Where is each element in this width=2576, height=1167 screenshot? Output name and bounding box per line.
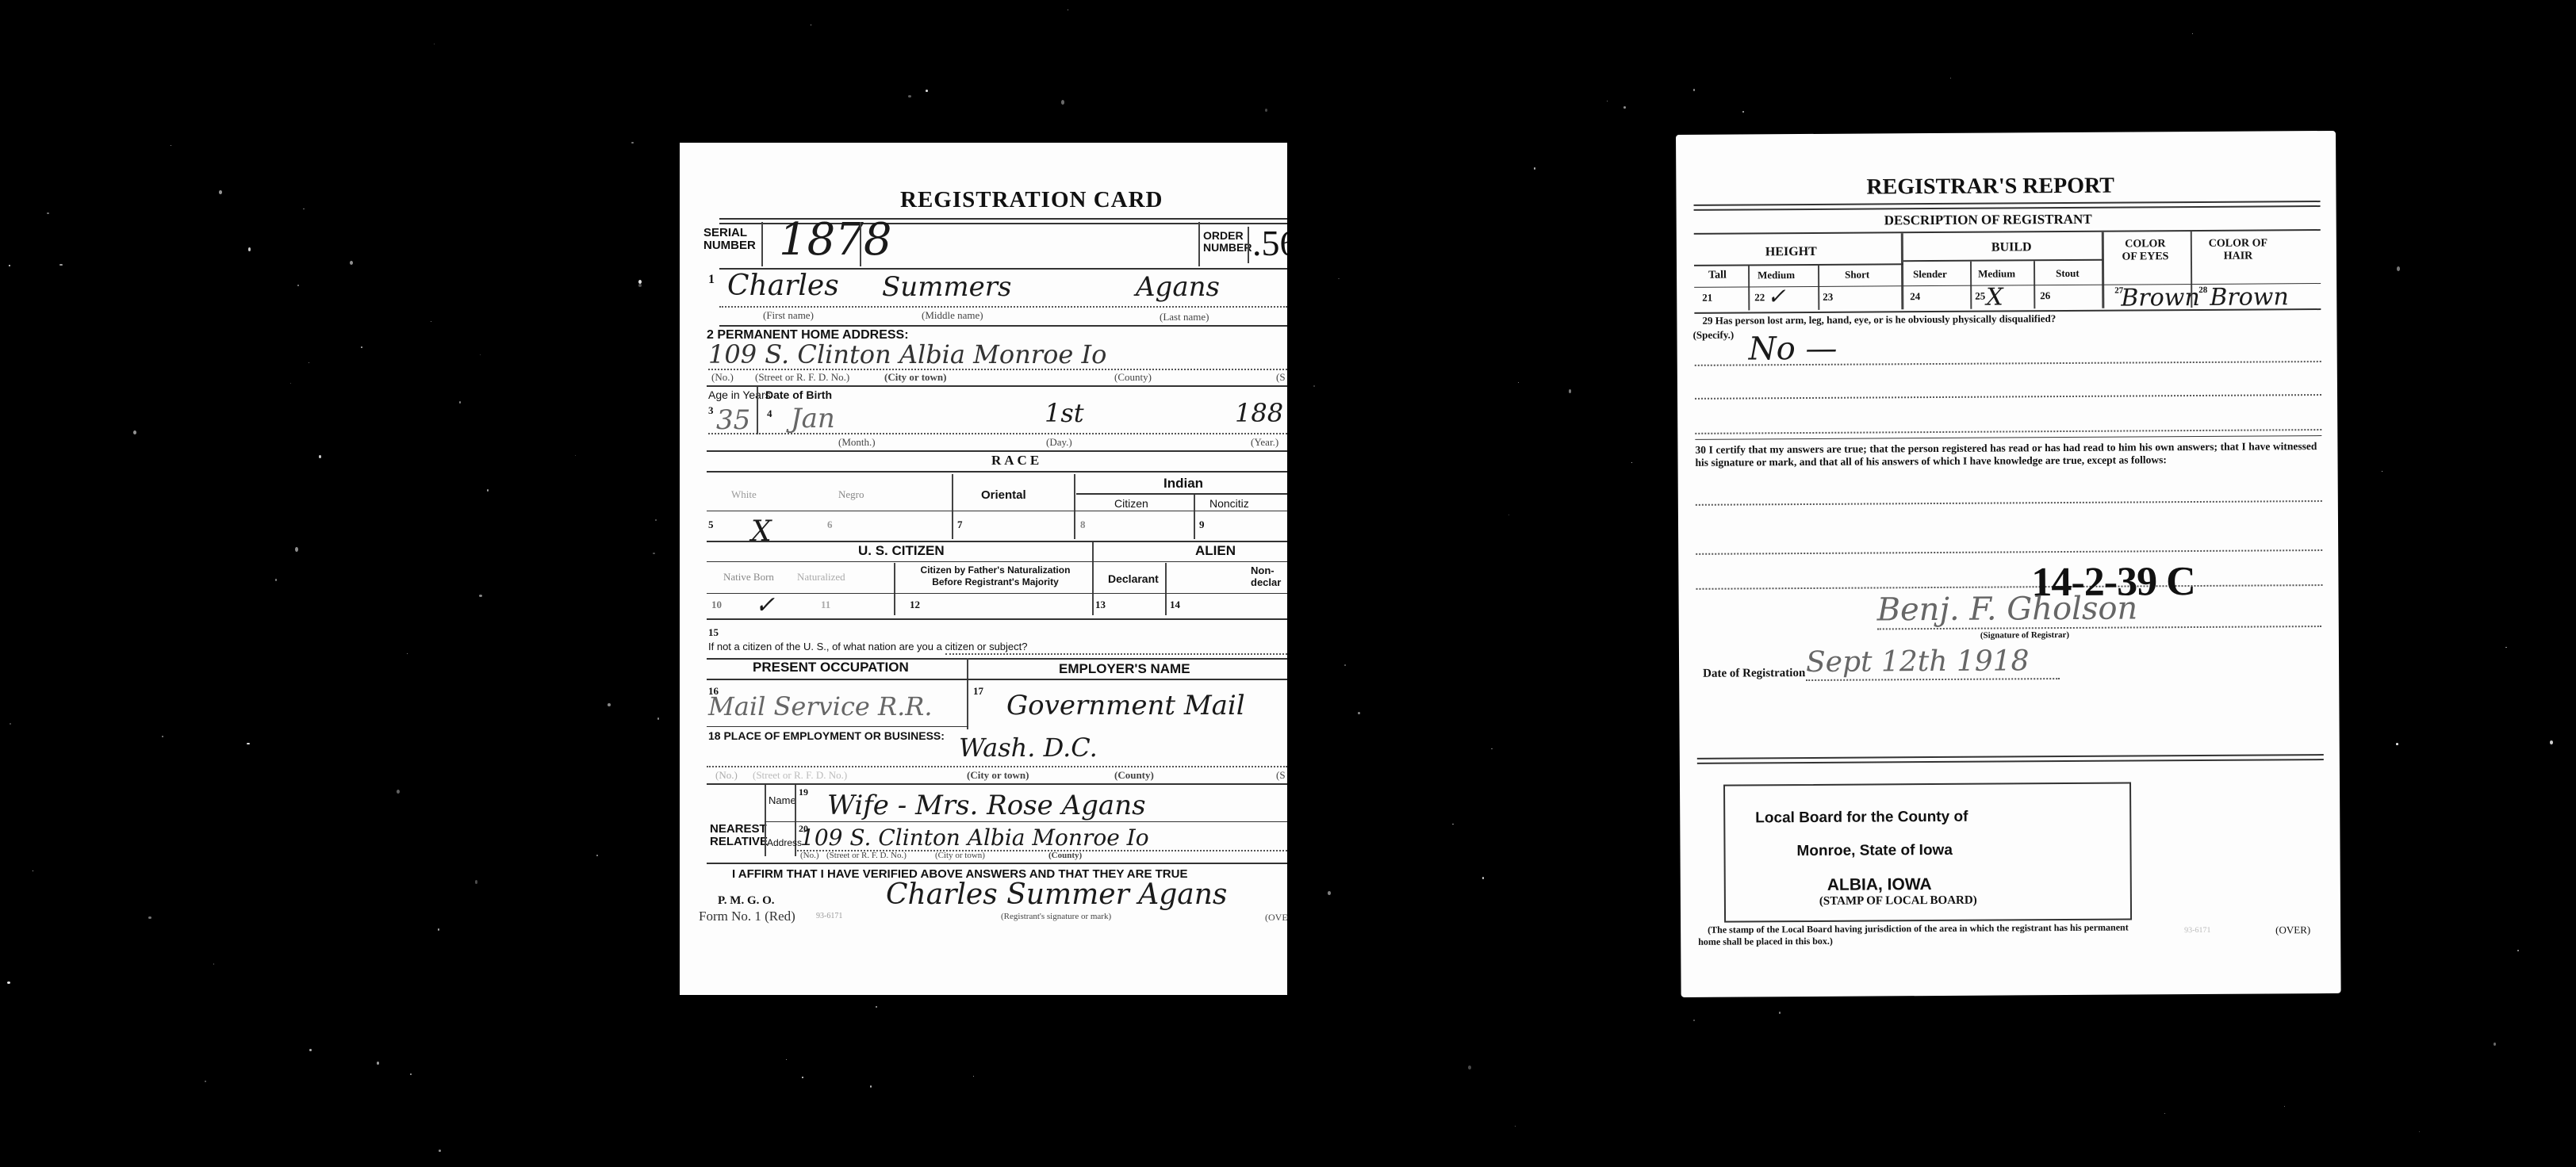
film-speck (361, 346, 362, 348)
citizen-num-12: 12 (910, 599, 920, 611)
film-speck (7, 981, 10, 984)
film-speck (926, 90, 928, 92)
film-speck (9, 265, 10, 266)
first-name-caption: (First name) (763, 309, 814, 322)
film-speck (1950, 78, 1951, 78)
order-number-label: ORDER NUMBER (1203, 230, 1259, 254)
stamp-caption: (STAMP OF LOCAL BOARD) (1819, 894, 1977, 909)
dob-year-caption: (Year.) (1251, 436, 1278, 449)
film-speck (33, 870, 33, 871)
serial-number-value: 1878 (779, 214, 892, 266)
film-speck (407, 653, 408, 654)
film-speck (870, 1085, 872, 1088)
registration-card: REGISTRATION CARD SERIAL NUMBER 1878 ORD… (680, 143, 1287, 995)
place-of-employment-label: 18 PLACE OF EMPLOYMENT OR BUSINESS: (708, 729, 945, 742)
film-speck (377, 1062, 379, 1065)
film-speck (1623, 106, 1626, 109)
build-medium-label: Medium (1978, 267, 2015, 280)
film-speck (1491, 748, 1493, 749)
occupation-title: PRESENT OCCUPATION (753, 660, 909, 675)
film-speck (309, 1049, 312, 1051)
film-speck (319, 455, 321, 458)
film-speck (2397, 266, 2400, 271)
native-born-mark: ✓ (755, 591, 775, 619)
build-num-24: 24 (1910, 290, 1920, 303)
film-speck (1358, 712, 1360, 714)
local-board-line-1: Local Board for the County of (1755, 809, 1968, 828)
film-speck (1569, 389, 1571, 393)
build-medium-mark: X (1986, 283, 2003, 311)
film-speck (2494, 1043, 2496, 1046)
declarant-label: Declarant (1108, 572, 1159, 585)
film-speck (59, 264, 63, 266)
film-speck (10, 723, 11, 725)
first-name-value: Charles (727, 270, 839, 302)
film-speck (1313, 385, 1315, 387)
age-number: 3 (708, 404, 714, 417)
film-speck (434, 44, 435, 44)
relative-city-caption: (City or town) (935, 851, 985, 860)
citizen-num-10: 10 (711, 599, 722, 611)
registration-card-title: REGISTRATION CARD (900, 187, 1163, 213)
film-speck (1468, 1066, 1471, 1069)
film-speck (162, 736, 163, 737)
relative-street-caption: (Street or R. F. D. No.) (826, 851, 907, 860)
dob-day-value: 1st (1045, 398, 1084, 428)
address-state-caption: (S (1276, 371, 1286, 384)
film-speck (2396, 743, 2398, 745)
registration-date-label: Date of Registration (1703, 667, 1805, 681)
film-speck (439, 1150, 441, 1152)
film-speck (1328, 891, 1331, 895)
registrar-print-code: 93-6171 (2184, 926, 2210, 935)
film-speck (480, 354, 481, 355)
registrar-over-label: (OVER) (2275, 924, 2310, 936)
film-speck (275, 579, 277, 581)
film-speck (657, 717, 659, 720)
film-speck (219, 190, 222, 194)
film-speck (1742, 111, 1744, 113)
film-speck (479, 595, 482, 597)
home-address-value: 109 S. Clinton Albia Monroe Io (708, 339, 1106, 369)
local-board-line-3: ALBIA, IOWA (1827, 875, 1932, 895)
height-medium-label: Medium (1758, 269, 1795, 281)
local-board-line-2: Monroe, State of Iowa (1796, 842, 1952, 860)
race-indian-label: Indian (1163, 476, 1203, 492)
naturalized-label: Naturalized (797, 571, 845, 583)
pmgo-label: P. M. G. O. (718, 894, 775, 908)
film-speck (1534, 167, 1535, 170)
employment-no-caption: (No.) (715, 769, 738, 782)
eye-color-title: COLOR OF EYES (2118, 238, 2173, 263)
film-speck (1779, 1012, 1781, 1014)
middle-name-caption: (Middle name) (922, 309, 983, 322)
film-speck (247, 743, 250, 744)
description-subtitle: DESCRIPTION OF REGISTRANT (1884, 212, 2092, 229)
alien-num-13: 13 (1095, 599, 1106, 611)
registrar-certification-text: 30 I certify that my answers are true; t… (1695, 440, 2317, 469)
registrar-report-card: REGISTRAR'S REPORT DESCRIPTION OF REGIST… (1676, 131, 2341, 997)
hair-num-28: 28 (2198, 285, 2207, 295)
film-speck (47, 212, 49, 214)
employer-title: EMPLOYER'S NAME (1059, 661, 1190, 677)
signature-caption: (Registrant's signature or mark) (1001, 912, 1111, 921)
dob-day-caption: (Day.) (1046, 436, 1072, 449)
film-speck (2284, 1106, 2285, 1107)
registration-date-value: Sept 12th 1918 (1806, 645, 2030, 679)
hair-color-title: COLOR OF HAIR (2206, 237, 2270, 262)
relative-address-label: Address (767, 837, 802, 848)
race-num-7: 7 (957, 518, 963, 531)
race-white-label: White (731, 488, 757, 501)
film-speck (811, 25, 811, 25)
film-speck (1518, 382, 1519, 383)
film-speck (1631, 462, 1632, 463)
race-oriental-label: Oriental (981, 488, 1026, 502)
build-num-26: 26 (2040, 289, 2050, 302)
race-white-mark: X (751, 515, 772, 548)
race-negro-label: Negro (838, 488, 864, 501)
film-speck (973, 1076, 974, 1077)
film-speck (908, 95, 911, 98)
film-speck (575, 455, 576, 456)
field-19-number: 19 (799, 786, 808, 798)
nearest-relative-label: NEAREST RELATIVE (710, 823, 761, 848)
relative-no-caption: (No.) (800, 851, 819, 860)
film-speck (786, 1059, 787, 1060)
relative-name-label: Name (769, 794, 796, 806)
height-short-label: Short (1845, 269, 1869, 281)
film-speck (631, 142, 634, 143)
address-no-caption: (No.) (711, 371, 734, 384)
film-speck (431, 321, 431, 322)
film-speck (876, 1006, 877, 1008)
occupation-value: Mail Service R.R. (708, 691, 933, 721)
employment-street-caption: (Street or R. F. D. No.) (753, 769, 847, 782)
film-speck (213, 963, 214, 965)
film-speck (410, 1073, 412, 1075)
build-stout-label: Stout (2056, 267, 2080, 280)
address-city-caption: (City or town) (884, 371, 946, 384)
film-speck (148, 916, 151, 919)
film-speck (2505, 647, 2507, 648)
film-speck (350, 261, 353, 265)
film-speck (1607, 101, 1608, 101)
relative-county-caption: (County) (1048, 851, 1082, 860)
physical-disqualification-answer: No — (1749, 331, 1838, 368)
film-speck (1061, 100, 1064, 105)
dob-label: Date of Birth (765, 388, 832, 401)
film-speck (1482, 877, 1484, 879)
film-speck (171, 145, 171, 146)
nationality-question: If not a citizen of the U. S., of what n… (708, 641, 1028, 652)
registrar-report-title: REGISTRAR'S REPORT (1866, 174, 2114, 201)
place-of-employment-value: Wash. D.C. (959, 733, 1098, 763)
film-speck (397, 790, 400, 794)
film-speck (1508, 515, 1509, 515)
film-speck (596, 855, 598, 856)
address-county-caption: (County) (1114, 371, 1152, 384)
film-speck (248, 247, 251, 251)
local-board-stamp-box: Local Board for the County of Monroe, St… (1723, 782, 2132, 923)
employer-value: Government Mail (1006, 690, 1245, 721)
film-speck (1344, 664, 1346, 666)
over-label: (OVE (1265, 912, 1287, 924)
last-name-value: Agans (1136, 271, 1220, 303)
film-speck (205, 1081, 206, 1082)
film-speck (2164, 1113, 2165, 1114)
build-title: BUILD (1991, 240, 2032, 254)
employment-state-caption: (S (1276, 769, 1286, 782)
native-born-label: Native Born (723, 571, 774, 583)
form-number-label: Form No. 1 (Red) (699, 909, 795, 924)
registrar-signature: Benj. F. Gholson (1877, 590, 2138, 628)
film-speck (303, 209, 305, 209)
film-speck (655, 519, 657, 521)
stamp-instruction-note: (The stamp of the Local Board having jur… (1698, 921, 2142, 947)
field-1-number: 1 (708, 273, 715, 287)
physical-disqualification-question: 29 Has person lost arm, leg, hand, eye, … (1702, 312, 2056, 327)
us-citizen-title: U. S. CITIZEN (858, 543, 945, 559)
height-medium-mark: ✓ (1767, 283, 1786, 309)
film-speck (802, 1077, 803, 1078)
order-number-value: .56 (1252, 222, 1287, 264)
film-speck (2382, 471, 2382, 472)
build-num-25: 25 (1975, 290, 1985, 303)
alien-num-14: 14 (1170, 599, 1180, 611)
film-speck (2192, 33, 2193, 34)
race-num-8: 8 (1080, 518, 1086, 531)
relative-address-value: 109 S. Clinton Albia Monroe Io (800, 825, 1149, 851)
film-speck (2419, 1131, 2420, 1132)
race-indian-noncitizen-label: Noncitiz (1209, 497, 1249, 510)
film-speck (1693, 1020, 1695, 1021)
film-speck (1693, 89, 1695, 91)
film-speck (1452, 824, 1454, 825)
film-speck (487, 489, 489, 492)
film-speck (653, 553, 655, 554)
race-num-5: 5 (708, 518, 714, 531)
specify-label: (Specify.) (1692, 329, 1734, 342)
middle-name-value: Summers (882, 271, 1012, 303)
film-speck (1515, 1126, 1516, 1127)
film-speck (638, 280, 642, 284)
film-speck (1068, 10, 1068, 10)
race-num-9: 9 (1199, 518, 1205, 531)
alien-title: ALIEN (1195, 543, 1236, 559)
film-speck (133, 430, 136, 434)
field-15-number: 15 (708, 626, 719, 639)
height-num-23: 23 (1823, 291, 1833, 304)
serial-number-label: SERIAL NUMBER (703, 227, 759, 252)
height-num-21: 21 (1702, 292, 1712, 304)
race-indian-citizen-label: Citizen (1114, 497, 1148, 510)
height-num-22: 22 (1754, 291, 1765, 304)
registrant-signature: Charles Summer Agans (886, 878, 1227, 911)
dob-month-value: Jan (791, 403, 835, 434)
film-speck (475, 880, 477, 884)
film-speck (638, 284, 642, 287)
eye-color-value: Brown (2121, 284, 2200, 312)
film-speck (290, 383, 291, 384)
employment-county-caption: (County) (1114, 769, 1154, 782)
film-speck (309, 362, 309, 363)
employment-city-caption: (City or town) (967, 769, 1029, 782)
film-speck (2550, 740, 2553, 744)
non-declarant-label: Non-declar (1251, 564, 1282, 588)
race-title: RACE (991, 453, 1042, 469)
film-speck (1338, 278, 1340, 279)
relative-name-value: Wife - Mrs. Rose Agans (827, 790, 1146, 821)
film-speck (459, 401, 461, 404)
dob-month-caption: (Month.) (838, 436, 876, 449)
age-value: 35 (716, 404, 750, 436)
dob-number: 4 (767, 407, 772, 420)
hair-color-value: Brown (2210, 283, 2289, 312)
citizen-num-11: 11 (821, 599, 830, 611)
father-naturalization-label: Citizen by Father's Naturalization Befor… (908, 564, 1083, 588)
film-speck (1265, 109, 1267, 112)
race-num-6: 6 (827, 518, 833, 531)
film-speck (295, 547, 298, 552)
film-speck (608, 703, 611, 706)
dob-year-value: 188 (1235, 398, 1283, 428)
film-speck (438, 928, 439, 931)
height-title: HEIGHT (1765, 245, 1817, 259)
last-name-caption: (Last name) (1160, 311, 1209, 323)
registrar-signature-caption: (Signature of Registrar) (1980, 630, 2069, 641)
film-speck (297, 285, 299, 286)
film-speck (2517, 950, 2519, 951)
build-slender-label: Slender (1913, 268, 1947, 281)
height-tall-label: Tall (1708, 270, 1727, 282)
address-street-caption: (Street or R. F. D. No.) (755, 371, 849, 384)
print-code: 93-6171 (816, 912, 842, 920)
field-17-number: 17 (973, 685, 983, 698)
age-label: Age in Years (708, 388, 771, 401)
